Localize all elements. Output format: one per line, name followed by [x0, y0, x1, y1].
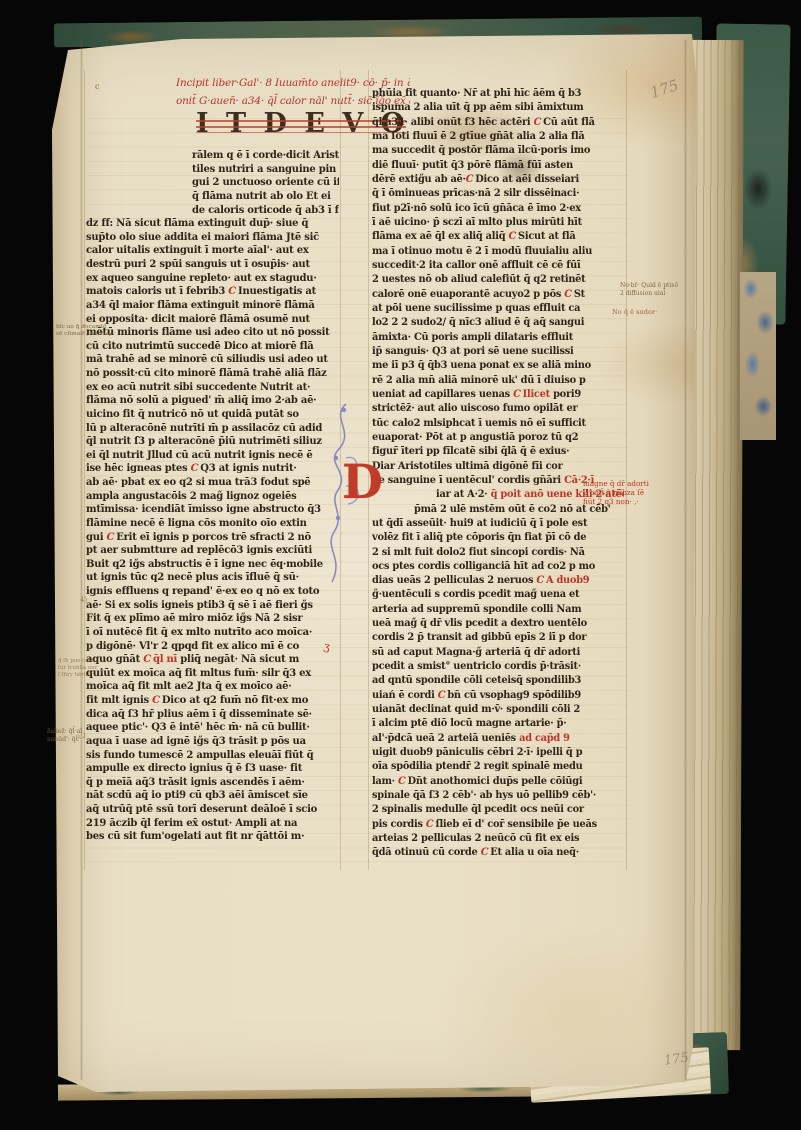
ink-text: ma ī otinuo motu ē 2 ī modū fluuialiu al…	[372, 246, 592, 257]
text-line: q̄ ī ōminueas prīcas·nā 2 silr dissēinac…	[372, 187, 624, 201]
rubricated-text: q̄l̄ nī	[153, 654, 177, 665]
page-right-crease	[684, 40, 687, 1080]
text-line: me iī p3 q̄ q̄b3 uena ponat ex se aliā m…	[372, 359, 624, 373]
ink-text: oīa spōdilia ptendr̄ 2 regit spinalē med…	[372, 761, 582, 772]
text-line: aquo gn̄āt̄ Cq̄l̄ nī pliq̄ negāt· Nā sic…	[86, 653, 339, 667]
paraph-mark: C	[438, 690, 448, 701]
ink-text: aē· Si ex solis igneis ptib3 q̄ sē ī aē …	[86, 600, 313, 611]
paraph-mark: C	[398, 776, 408, 787]
text-line: aq̄ utrūq̄ ptē ssū torī deserunt̄ deāloē…	[86, 803, 339, 817]
marbled-fore-edge	[740, 272, 776, 440]
text-line: ispuma 2 alia uīt̄ q̄ pp aēm sibi āmixtu…	[372, 101, 624, 115]
text-line: dērē extig̋u ab aē·CDico at̄ aēi disseia…	[372, 173, 624, 187]
ink-text: sis fundo tumescē 2 ampullas eleuāī fiūt…	[86, 750, 313, 761]
ink-text: lam·	[372, 776, 398, 787]
text-line: q̄dā otinuū cū corde CEt alia u oīa neq̄…	[372, 846, 624, 860]
text-line: al'·p̄dcā ueā 2 arteiā ueniēs ad cap̄d 9	[372, 732, 624, 746]
margin-note-right-2: No q̄ ē sudor·	[612, 308, 657, 316]
paraph-mark: C	[191, 463, 201, 474]
ink-text: dica aq̄ ſ3 hr̄ plius aēm ī q̄ dissemina…	[86, 709, 312, 720]
text-line: ip̄ sanguis· Q3 at̄ pori sē uene sucilis…	[372, 345, 624, 359]
paraph-mark: C	[513, 389, 523, 400]
ink-text: rālem q ē ī corde·dicit Aristo	[192, 150, 339, 161]
margin-note-line: hīc uo q̄ docamtō	[56, 324, 115, 331]
text-line: ei q̄l̄ nutrit̄ Jllud cū acū nutrit̄ ign…	[86, 449, 339, 463]
ink-text: de sanguine ī uentēcul' cordis gn̄āri	[372, 475, 564, 486]
text-line: q̄ flāma nutrit̄ ab olo Et ei	[86, 190, 339, 204]
ink-text: moīca aq̄ fit mlt̄ ae2 Jta q̄ ex moīco a…	[86, 681, 291, 692]
text-line: gui CErit eī ignis p porcos trē sfracti …	[86, 531, 339, 545]
text-line: flāma ex aē q̄l̄ ex aliq̄ aliq̄ CSicut a…	[372, 230, 624, 244]
ink-text: 219 āczib q̄l̄ ferim ex̄ ostut̄· Ampli a…	[86, 818, 297, 829]
text-line: de caloris orticode q̄ ab3 ī flāma	[86, 204, 339, 218]
ink-text: dz ff: Nā sicut flāma extinguit̄ dup̄· s…	[86, 218, 308, 229]
ink-text: ad qntū spondile cōli ceteisq̄ spondilib…	[372, 675, 581, 686]
paraph-mark: C	[508, 231, 518, 242]
rubricated-text: Ilicet̄	[523, 389, 550, 400]
text-line: ei opposita· dicit maiorē flāmā osumē nu…	[86, 313, 339, 327]
ink-text: rē 2 alia mn̄ aliā minorē uk' dū ī diuis…	[372, 375, 586, 386]
text-line: arteria ad suppremū spondile colli Nam	[372, 603, 624, 617]
ink-text: pliq̄ negāt· Nā sicut m	[177, 654, 299, 665]
ink-text: Buit̄ q2 ig̋s abstructis ē ī igne nec ēq…	[86, 559, 323, 570]
margin-note-line: 2 ouit̄ q̄ mībza ſē	[583, 488, 649, 497]
text-line: dica aq̄ ſ3 hr̄ plius aēm ī q̄ dissemina…	[86, 708, 339, 722]
text-line: ma ſoti fluuī ē 2 gtīue gn̄āt̄ alia 2 al…	[372, 130, 624, 144]
ink-text: pt̄ aer submtture ad replēcō3 ignis exci…	[86, 545, 312, 556]
ink-text: ampulle ex directo ignius q̄ ē ſ3 uase· …	[86, 763, 302, 774]
text-line: sup̄to olo siue addita ei maiori flāma J…	[86, 231, 339, 245]
text-line: dz ff: Nā sicut flāma extinguit̄ dup̄· s…	[86, 217, 339, 231]
text-line: Buit̄ q2 ig̋s abstructis ē ī igne nec ēq…	[86, 558, 339, 572]
text-line: pis cordis Cſlieb eī d' cor̄ sensibile p…	[372, 818, 624, 832]
text-line: rē 2 alia mn̄ aliā minorē uk' dū ī diuis…	[372, 374, 624, 388]
text-line: mā trahē ad se minorē cū siliudis usi ad…	[86, 353, 339, 367]
ink-text: St	[574, 289, 585, 300]
text-line: strictēz̄· aut alio uiscoso fumo opilāt̄…	[372, 402, 624, 416]
rubricated-text: A duob9	[546, 575, 589, 586]
ink-text: spinale q̄ā ſ3 2 cēb'· ab hys uō pellib9…	[372, 790, 596, 801]
ink-text: Et alia u oīa neq̄·	[490, 847, 579, 858]
text-line: ueniat̄ ad capillares uenas CIlicet̄ por…	[372, 388, 624, 402]
ink-text: 2 spinalis medulle q̄l̄ pcedit ocs neūi …	[372, 804, 584, 815]
ink-text: ī alcim ptē diō locū magne artarie· p̄·	[372, 718, 566, 729]
text-line: aē· Si ex solis igneis ptib3 q̄ sē ī aē …	[86, 599, 339, 613]
text-line: calorē onē euaporantē acuyo2 p pōs CSt	[372, 288, 624, 302]
column-rule-right	[626, 70, 627, 870]
text-line: ut ignis tūc q2 necē plus acis īfluē q̄ …	[86, 571, 339, 585]
ink-text: ocs ptes cordis colliganciā hīt ad co2 p…	[372, 561, 595, 572]
text-line: nō possit·cū cito minorē flāmā trahē ali…	[86, 367, 339, 381]
ink-text: aquee ptic'· Q3 ē intē' hēc m̄· nā cū bu…	[86, 722, 310, 733]
ink-text: p digōnē· Vl'r 2 qpqd fit ex alico mī ē …	[86, 641, 299, 652]
text-line: nāt̄ scdū aq̄ io pti9 cū qb3 aēi āmiscet…	[86, 789, 339, 803]
text-line: flāma nō solū a pigued' m̄ aliq̄ imo 2·a…	[86, 394, 339, 408]
text-line: diē fluuī· putīt q̄3 pōrē flāmā fūī aste…	[372, 159, 624, 173]
ink-text: iar at̄ A·2·	[436, 489, 491, 500]
ink-text: ei q̄l̄ nutrit̄ Jllud cū acū nutrit̄ ign…	[86, 450, 312, 461]
ink-text: me iī p3 q̄ q̄b3 uena ponat ex se aliā m…	[372, 360, 591, 371]
text-line: volēz fit ī aliq̄ pte cōporis q̄n fiat p…	[372, 531, 624, 545]
text-line: ampla angustacōis 2 mag̋ lignoz ogeiēs	[86, 490, 339, 504]
ink-text: Diar Aristotiles ultimā digōnē fīi cor	[372, 461, 563, 472]
ink-text: lo2 2 2 sudo2/ q̄ nīc3 aliud ē q̄ aq̄ sa…	[372, 317, 584, 328]
text-line: ad qntū spondile cōli ceteisq̄ spondilib…	[372, 674, 624, 688]
margin-note-left-2: q̄ ſh pue·caīe ſur trublla uur ſ ſn̄ry h…	[58, 658, 97, 678]
ink-text: nāt̄ scdū aq̄ io pti9 cū qb3 aēi āmiscet…	[86, 790, 308, 801]
ink-text: uigit̄ duob9 pāniculis cēbri 2·ī· ipelli…	[372, 747, 582, 758]
ink-text: ei opposita· dicit maiorē flāmā osumē nu…	[86, 314, 310, 325]
margin-note-right-1: No·br̄· Quid ē ptisō 2 diffusion uial̄	[620, 282, 678, 297]
ink-text: ex aqueo sanguine repleto· aut ex stagud…	[86, 273, 317, 284]
ink-text: bn̄ cū vsophag9 spōdilib9	[447, 690, 581, 701]
ink-text: figur̄ īteri pp fīlcatē sibi q̄lā q̄ ē e…	[372, 446, 569, 457]
text-line: p digōnē· Vl'r 2 qpqd fit ex alico mī ē …	[86, 640, 339, 654]
text-line: aquee ptic'· Q3 ē intē' hēc m̄· nā cū bu…	[86, 721, 339, 735]
margin-note-line: No·br̄· Quid ē ptisō	[620, 282, 678, 290]
margin-note-line: q̄ ſh pue·caīe	[58, 658, 97, 665]
ink-text: tiles nutriri a sanguine pin	[192, 164, 336, 175]
ink-text: succedit·2 ita callor onē affluit cē cē …	[372, 260, 581, 271]
ink-text: ampla angustacōis 2 mag̋ lignoz ogeiēs	[86, 491, 296, 502]
ink-text: arteias 2 pelliculas 2 neūcō cū fit ex e…	[372, 833, 579, 844]
text-line: ī aē uicino· p̄ sczī aī mlto plus mirūti…	[372, 216, 624, 230]
ink-text: destrū puri 2 spūi sanguis ut ī osup̄is·…	[86, 259, 310, 270]
text-line: uianāt̄ declinat quid m·v̄· spondili cōl…	[372, 703, 624, 717]
ink-text: a34 q̄l̄ maior flāma extinguit minorē fl…	[86, 300, 315, 311]
text-line: tiles nutriri a sanguine pin	[86, 163, 339, 177]
ink-text: pori9	[550, 389, 581, 400]
ink-text: q̄ flāma nutrit̄ ab olo Et ei	[192, 191, 331, 202]
ink-text: cū cito nutrimtū succedē Dico at̄ miorē …	[86, 341, 314, 352]
ink-text: phūia fit quanto· Nr̄ at̄ phī hīc āēm q̄…	[372, 88, 581, 99]
ink-text: matois caloris ut ī febrib3	[86, 286, 228, 297]
ink-text: diē fluuī· putīt q̄3 pōrē flāmā fūī aste…	[372, 160, 573, 171]
ink-text: q̄ ī ōminueas prīcas·nā 2 silr dissēinac…	[372, 188, 579, 199]
text-line: ampulle ex directo ignius q̄ ē ſ3 uase· …	[86, 762, 339, 776]
text-line: fiut p2ī·nō solū ico īcū gn̄āca ē īmo 2·…	[372, 202, 624, 216]
paraph-mark: C	[534, 117, 544, 128]
text-line: cū cito nutrimtū succedē Dico at̄ miorē …	[86, 340, 339, 354]
text-line: ocs ptes cordis colliganciā hīt ad co2 p…	[372, 560, 624, 574]
ink-text: q̄l̄ a34· alibi onūt̄ f3 hēc actēri	[372, 117, 534, 128]
text-line: 2 si mlt̄ fuit dolo2 fiut sincopi cordis…	[372, 546, 624, 560]
text-column-right: phūia fit quanto· Nr̄ at̄ phī hīc āēm q̄…	[372, 87, 624, 867]
text-line: euaporat̄· Pōt̄ at̄ p angustiā poroz tū …	[372, 431, 624, 445]
ink-text: Dico at̄ q2 fum̄ nō fit·ex mo	[162, 695, 308, 706]
text-line: a34 q̄l̄ maior flāma extinguit minorē fl…	[86, 299, 339, 313]
text-line: destrū puri 2 spūi sanguis ut ī osup̄is·…	[86, 258, 339, 272]
text-line: uicino fit q̄ nutricō nō ut quidā putāt …	[86, 408, 339, 422]
ink-text: aq̄ utrūq̄ ptē ssū torī deserunt̄ deāloē…	[86, 804, 317, 815]
paraph-mark: C	[228, 286, 238, 297]
text-line: gui 2 unctuoso oriente cū ifi	[86, 176, 339, 190]
ink-text: arteria ad suppremū spondile colli Nam	[372, 604, 581, 615]
text-line: ex eo acū nutrit̄ sibi succedente Nutrit…	[86, 381, 339, 395]
ink-text: fit mlt̄ ignis	[86, 695, 152, 706]
column-rule-left	[84, 70, 85, 870]
ink-text: uicino fit q̄ nutricō nō ut quidā putāt …	[86, 409, 299, 420]
text-line: pcedit a smist° uentriclo cordis p̄·trās…	[372, 660, 624, 674]
margin-note-line: ſur trublla uur	[58, 665, 97, 672]
ink-text: at̄ pōi uene sucilissime p quas effluit …	[372, 303, 580, 314]
margin-note-line: sē clīmalr̄·, nō lō q̄c·	[56, 331, 115, 338]
manuscript-photo: { "page": { "folio_top": "175", "folio_b…	[0, 0, 801, 1130]
ink-text: uianāt̄ declinat quid m·v̄· spondili cōl…	[372, 704, 580, 715]
text-line: figur̄ īteri pp fīlcatē sibi q̄lā q̄ ē e…	[372, 445, 624, 459]
text-line: ut q̄dī asseūit· hui9 at̄ iudiciū q̄ ī p…	[372, 517, 624, 531]
ink-text: Fit q̄ ex plīmo aē miro miōz ig̋s Nā 2 s…	[86, 613, 302, 624]
initial-letter-D: D	[342, 452, 383, 514]
ink-text: ī aē uicino· p̄ sczī aī mlto plus mirūti…	[372, 217, 582, 228]
margin-mark-1: 4)	[80, 596, 87, 604]
text-line: q̄l̄ nutrit̄ ſ3 p alteracōnē p̄iū nutrim…	[86, 435, 339, 449]
ink-text: āmixta· Cū poris ampli dilataris effluit	[372, 332, 573, 343]
decorated-initial: D	[330, 452, 392, 522]
text-line: ma ī otinuo motu ē 2 ī modū fluuialiu al…	[372, 245, 624, 259]
margin-note-left-1: hīc uo q̄ docamtō sē clīmalr̄·, nō lō q̄…	[56, 324, 115, 338]
ink-text: 2 si mlt̄ fuit dolo2 fiut sincopi cordis…	[372, 547, 585, 558]
ink-text: ex eo acū nutrit̄ sibi succedente Nutrit…	[86, 382, 310, 393]
ink-text: calor uitalis extinguit̄ ī morte aīal'· …	[86, 245, 309, 256]
ink-text: Dn̄t anothomici dup̄s pelle cōiūgi	[408, 776, 583, 787]
text-line: Diar Aristotiles ultimā digōnē fīi cor	[372, 460, 624, 474]
text-line: flāmine necē ē ligna cōs monito oīo exti…	[86, 517, 339, 531]
ink-text: flāma ex aē q̄l̄ ex aliq̄ aliq̄	[372, 231, 508, 242]
text-line: oīa spōdilia ptendr̄ 2 regit spinalē med…	[372, 760, 624, 774]
ink-text: mtīmissa· icendiāt̄ īmisso igne abstruct…	[86, 504, 321, 515]
text-line: at̄ pōi uene sucilissime p quas effluit …	[372, 302, 624, 316]
paraph-mark: C	[107, 532, 117, 543]
text-line: ma succedit q̄ postōr flāma īlcū·poris i…	[372, 144, 624, 158]
ink-text: q̄ p meīā aq̄3 trāsit ignis ascendēs ī a…	[86, 777, 305, 788]
ink-text: Inuestigatis at̄	[238, 286, 316, 297]
ink-text: fiut p2ī·nō solū ico īcū gn̄āca ē īmo 2·…	[372, 203, 581, 214]
ink-text: mētū minoris flāme usi adeo cito ut nō p…	[86, 327, 330, 338]
ink-text: ī oī nutēcē fit q̄ ex mlto nutrīto aco m…	[86, 627, 312, 638]
text-line: quiūt̄ ex moīca aq̄ fit mltus fum̄· silr…	[86, 667, 339, 681]
ink-text: ſlieb eī d' cor̄ sensibile p̄e ueās	[435, 819, 596, 830]
ink-text: ut q̄dī asseūit· hui9 at̄ iudiciū q̄ ī p…	[372, 518, 587, 529]
corner-letter-mark: c	[95, 82, 99, 91]
ink-text: uiań ē cordi	[372, 690, 438, 701]
margin-note-right-red: magne q̄ dr̄ adorti 2 ouit̄ q̄ mībza ſē …	[583, 479, 649, 507]
text-line: Fit q̄ ex plīmo aē miro miōz ig̋s Nā 2 s…	[86, 612, 339, 626]
paraph-mark: C	[564, 289, 574, 300]
ink-text: Erit eī ignis p porcos trē sfracti 2 nō	[116, 532, 311, 543]
ink-text: dērē extig̋u ab aē·	[372, 174, 466, 185]
text-line: ignis effluens q repand' ē·ex eo q nō ex…	[86, 585, 339, 599]
text-line: 2 spinalis medulle q̄l̄ pcedit ocs neūi …	[372, 803, 624, 817]
text-column-left: rālem q ē ī corde·dicit Aristotiles nutr…	[86, 149, 339, 849]
text-line: āmixta· Cū poris ampli dilataris effluit	[372, 331, 624, 345]
ink-text: cordis 2 p̄ transit ad gibbū epīs 2 iī p…	[372, 632, 586, 643]
text-line: ueā mag̋ q̄ dr̄ vlis pcedit a dextro uen…	[372, 617, 624, 631]
ink-text: ip̄ sanguis· Q3 at̄ pori sē uene sucilis…	[372, 346, 574, 357]
ink-text: nō possit·cū cito minorē flāmā trahē ali…	[86, 368, 327, 379]
ink-text: gui 2 unctuoso oriente cū ifi	[192, 177, 339, 188]
text-line: fit mlt̄ ignis CDico at̄ q2 fum̄ nō fit·…	[86, 694, 339, 708]
text-line: ex aqueo sanguine repleto· aut ex stagud…	[86, 272, 339, 286]
ink-text: gui	[86, 532, 107, 543]
text-line: spinale q̄ā ſ3 2 cēb'· ab hys uō pellib9…	[372, 789, 624, 803]
text-line: sis fundo tumescē 2 ampullas eleuāī fiūt…	[86, 749, 339, 763]
ink-text: quiūt̄ ex moīca aq̄ fit mltus fum̄· silr…	[86, 668, 311, 679]
ink-text: Cū aūt̄ flā	[543, 117, 595, 128]
text-line: lū p alteracōnē nutrīti m̄ p assilacōz c…	[86, 422, 339, 436]
ink-text: sup̄to olo siue addita ei maiori flāma J…	[86, 232, 319, 243]
text-line: phūia fit quanto· Nr̄ at̄ phī hīc āēm q̄…	[372, 87, 624, 101]
text-line: lam· CDn̄t anothomici dup̄s pelle cōiūgi	[372, 775, 624, 789]
ink-text: tūc calo2 mlsiphcat̄ ī uemis nō eī suffi…	[372, 418, 586, 429]
text-line: pt̄ aer submtture ad replēcō3 ignis exci…	[86, 544, 339, 558]
ink-text: aqua ī uase ad ignē ig̋s q̄3 trāsit p pō…	[86, 736, 306, 747]
margin-mark-2: o 2	[76, 732, 86, 740]
ink-text: q̄l̄ nutrit̄ ſ3 p alteracōnē p̄iū nutrim…	[86, 436, 322, 447]
text-line: ise hēc igneas ptes CQ3 at̄ ignis nutrit…	[86, 462, 339, 476]
text-line: uiań ē cordi Cbn̄ cū vsophag9 spōdilib9	[372, 689, 624, 703]
paraph-mark: C	[466, 174, 476, 185]
ink-text: strictēz̄· aut alio uiscoso fumo opilāt̄…	[372, 403, 577, 414]
paraph-mark: C	[152, 695, 162, 706]
ink-text: al'·p̄dcā ueā 2 arteiā ueniēs	[372, 733, 519, 744]
ink-text: ma succedit q̄ postōr flāma īlcū·poris i…	[372, 145, 590, 156]
text-line: uigit̄ duob9 pāniculis cēbri 2·ī· ipelli…	[372, 746, 624, 760]
margin-note-line: ſ ſn̄ry hēril 7·	[58, 672, 97, 679]
text-line: arteias 2 pelliculas 2 neūcō cū fit ex e…	[372, 832, 624, 846]
ink-text: Q3 at̄ ignis nutrit̄·	[200, 463, 296, 474]
text-line: tūc calo2 mlsiphcat̄ ī uemis nō eī suffi…	[372, 417, 624, 431]
ink-text: Sicut at̄ flā	[518, 231, 575, 242]
text-line: ab aē· pbat̄ ex eo q2 si mua trā3 fodut̄…	[86, 476, 339, 490]
ink-text: pis cordis	[372, 819, 426, 830]
ink-text: ab aē· pbat̄ ex eo q2 si mua trā3 fodut̄…	[86, 477, 310, 488]
margin-note-line: magne q̄ dr̄ adorti	[583, 479, 649, 488]
ink-text: bes cū sit fum'ogelati aut fit nr q̄āttō…	[86, 831, 304, 842]
ink-text: g̋·uentēculi s cordis pcedit mag̋ uena e…	[372, 589, 579, 600]
rubricated-text: ad cap̄d 9	[519, 733, 570, 744]
text-line: 219 āczib q̄l̄ ferim ex̄ ostut̄· Ampli a…	[86, 817, 339, 831]
ink-text: ueā mag̋ q̄ dr̄ vlis pcedit a dextro uen…	[372, 618, 587, 629]
ink-text: Dico at̄ aēi disseiari	[475, 174, 579, 185]
text-line: dias ueās 2 pelliculas 2 neruos CA duob9	[372, 574, 624, 588]
text-line: q̄l̄ a34· alibi onūt̄ f3 hēc actēri CCū …	[372, 116, 624, 130]
text-line: ī oī nutēcē fit q̄ ex mlto nutrīto aco m…	[86, 626, 339, 640]
text-line: mētū minoris flāme usi adeo cito ut nō p…	[86, 326, 339, 340]
ink-text: flāmine necē ē ligna cōs monito oīo exti…	[86, 518, 307, 529]
ink-text: mā trahē ad se minorē cū siliudis usi ad…	[86, 354, 328, 365]
text-line: ī alcim ptē diō locū magne artarie· p̄·	[372, 717, 624, 731]
text-line: q̄ p meīā aq̄3 trāsit ignis ascendēs ī a…	[86, 776, 339, 790]
ink-text: euaporat̄· Pōt̄ at̄ p angustiā poroz tū …	[372, 432, 578, 443]
ink-text: calorē onē euaporantē acuyo2 p pōs	[372, 289, 564, 300]
ink-text: sū ad caput Magna·g̋ arteriā q̄ dr̄ ador…	[372, 647, 580, 658]
text-line: g̋·uentēculi s cordis pcedit mag̋ uena e…	[372, 588, 624, 602]
ink-text: dias ueās 2 pelliculas 2 neruos	[372, 575, 536, 586]
ink-text: ut ignis tūc q2 necē plus acis īfluē q̄ …	[86, 572, 299, 583]
margin-note-line: fiūt 2 q3 non· ,·	[583, 497, 649, 506]
text-line: calor uitalis extinguit̄ ī morte aīal'· …	[86, 244, 339, 258]
ink-text: volēz fit ī aliq̄ pte cōporis q̄n fiat p…	[372, 532, 586, 543]
ink-text: flāma nō solū a pigued' m̄ aliq̄ imo 2·a…	[86, 395, 316, 406]
ink-text: ma ſoti fluuī ē 2 gtīue gn̄āt̄ alia 2 al…	[372, 131, 584, 142]
text-line: bes cū sit fum'ogelati aut fit nr q̄āttō…	[86, 830, 339, 844]
page-fold-crease	[80, 40, 83, 1080]
ink-text: q̄dā otinuū cū corde	[372, 847, 481, 858]
ink-text: ise hēc igneas ptes	[86, 463, 191, 474]
paraph-mark: C	[143, 654, 153, 665]
ink-text: ispuma 2 alia uīt̄ q̄ pp aēm sibi āmixtu…	[372, 102, 583, 113]
ink-text: 2 uestes nō ob aliud calefiūt q̄ q2 reti…	[372, 274, 585, 285]
paraph-mark: C	[536, 575, 546, 586]
text-line: cordis 2 p̄ transit ad gibbū epīs 2 iī p…	[372, 631, 624, 645]
ink-text: ignis effluens q repand' ē·ex eo q nō ex…	[86, 586, 319, 597]
text-line: sū ad caput Magna·g̋ arteriā q̄ dr̄ ador…	[372, 646, 624, 660]
ink-text: ueniat̄ ad capillares uenas	[372, 389, 513, 400]
paraph-mark: C	[481, 847, 491, 858]
text-line: matois caloris ut ī febrib3 CInuestigati…	[86, 285, 339, 299]
text-line: lo2 2 2 sudo2/ q̄ nīc3 aliud ē q̄ aq̄ sa…	[372, 316, 624, 330]
text-line: aqua ī uase ad ignē ig̋s q̄3 trāsit p pō…	[86, 735, 339, 749]
margin-note-line: 2 diffusion uial̄	[620, 290, 678, 298]
ink-text: pcedit a smist° uentriclo cordis p̄·trās…	[372, 661, 581, 672]
text-line: succedit·2 ita callor onē affluit cē cē …	[372, 259, 624, 273]
ink-text: p̄mā 2 ulē mstēm oūt̄ ē co2 nō at̄ cēb'	[414, 504, 610, 515]
ink-text: lū p alteracōnē nutrīti m̄ p assilacōz c…	[86, 423, 322, 434]
text-line: 2 uestes nō ob aliud calefiūt q̄ q2 reti…	[372, 273, 624, 287]
ink-text: de caloris orticode q̄ ab3 ī flāma	[192, 205, 339, 216]
text-line: mtīmissa· icendiāt̄ īmisso igne abstruct…	[86, 503, 339, 517]
text-line: moīca aq̄ fit mlt̄ ae2 Jta q̄ ex moīco a…	[86, 680, 339, 694]
text-line: rālem q ē ī corde·dicit Aristo	[86, 149, 339, 163]
